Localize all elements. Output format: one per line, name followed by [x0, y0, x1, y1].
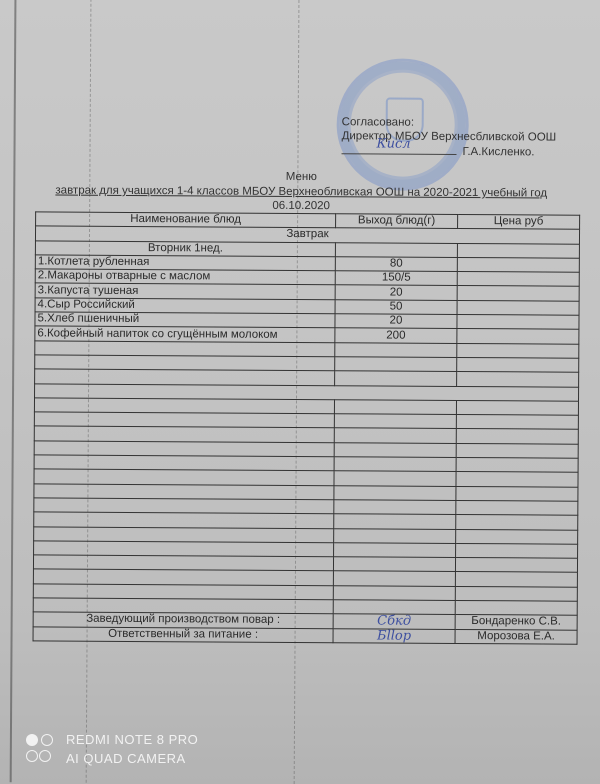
camera-logo-icon — [26, 734, 56, 764]
watermark-camera: AI QUAD CAMERA — [66, 749, 198, 768]
empty-cell — [334, 471, 456, 486]
empty-cell — [455, 600, 577, 615]
empty-cell — [334, 414, 456, 429]
dish-price — [457, 272, 579, 287]
camera-watermark: REDMI NOTE 8 PRO AI QUAD CAMERA — [26, 730, 198, 768]
empty-cell — [334, 442, 456, 457]
dish-name: 1.Котлета рубленная — [35, 255, 335, 271]
empty-cell — [334, 485, 456, 500]
empty-cell — [334, 428, 456, 443]
empty-cell — [334, 400, 456, 415]
empty-cell — [456, 443, 578, 458]
approval-label: Согласовано: — [342, 115, 557, 130]
dish-yield: 150/5 — [335, 271, 457, 286]
empty-cell — [333, 571, 455, 586]
empty-cell — [455, 572, 577, 587]
empty-cell — [456, 486, 578, 501]
empty-cell — [335, 242, 457, 257]
empty-cell — [335, 342, 457, 357]
empty-cell — [456, 458, 578, 473]
handwritten-signature: Кисл — [377, 137, 411, 151]
dish-price — [457, 300, 579, 315]
signatory-name: Морозова Е.А. — [455, 629, 577, 644]
dish-yield: 80 — [335, 257, 457, 272]
dish-yield: 200 — [335, 328, 457, 343]
empty-cell — [457, 372, 579, 387]
director-name: Г.А.Кисленко. — [462, 146, 534, 158]
empty-cell — [457, 343, 579, 358]
watermark-model: REDMI NOTE 8 PRO — [66, 730, 198, 749]
dish-name: 5.Хлеб пшеничный — [35, 312, 335, 328]
dish-yield: 20 — [335, 285, 457, 300]
dish-name: 2.Макароны отварные с маслом — [35, 269, 335, 285]
handwritten-signature: Бllop — [333, 628, 455, 643]
empty-cell — [456, 415, 578, 430]
dish-yield: 20 — [335, 314, 457, 329]
empty-cell — [456, 515, 578, 530]
dish-yield: 50 — [335, 299, 457, 314]
dish-name: 4.Сыр Российский — [35, 298, 335, 314]
header-yield: Выход блюд(г) — [336, 214, 458, 229]
empty-cell — [457, 357, 579, 372]
empty-cell — [455, 558, 577, 573]
empty-cell — [335, 371, 457, 386]
fold-line — [10, 0, 18, 782]
approval-block: Согласовано: Директор МБОУ Верхнесбливск… — [341, 115, 556, 159]
signature-line: Кисл — [342, 143, 457, 155]
empty-cell — [334, 514, 456, 529]
empty-cell — [456, 429, 578, 444]
empty-cell — [334, 543, 456, 558]
empty-cell — [334, 528, 456, 543]
signature-row: Ответственный за питание : Бllop Морозов… — [33, 626, 577, 644]
dish-name: 6.Кофейный напиток со сгущённым молоком — [35, 326, 335, 342]
dish-price — [457, 286, 579, 301]
empty-cell — [333, 585, 455, 600]
dish-price — [457, 329, 579, 344]
signatory-name: Бондаренко С.В. — [455, 615, 577, 630]
empty-cell — [456, 543, 578, 558]
empty-cell — [456, 500, 578, 515]
approval-director: Директор МБОУ Верхнесбливской ООШ — [342, 129, 557, 144]
header-price: Цена руб — [458, 214, 580, 229]
menu-table: Наименование блюд Выход блюд(г) Цена руб… — [33, 211, 581, 644]
approval-signature-line: КислГ.А.Кисленко. — [341, 143, 556, 159]
empty-cell — [334, 457, 456, 472]
document-page: Согласовано: Директор МБОУ Верхнесбливск… — [0, 0, 600, 784]
empty-cell — [456, 529, 578, 544]
empty-cell — [456, 472, 578, 487]
dish-price — [457, 315, 579, 330]
empty-cell — [333, 557, 455, 572]
empty-cell — [334, 500, 456, 515]
dish-name: 3.Капуста тушеная — [35, 283, 335, 299]
signature-role: Ответственный за питание : — [33, 626, 333, 642]
empty-cell — [455, 586, 577, 601]
dish-price — [457, 257, 579, 272]
empty-cell — [333, 600, 455, 615]
empty-cell — [456, 400, 578, 415]
empty-cell — [335, 357, 457, 372]
handwritten-signature: Сбкд — [333, 614, 455, 629]
empty-cell — [457, 243, 579, 258]
